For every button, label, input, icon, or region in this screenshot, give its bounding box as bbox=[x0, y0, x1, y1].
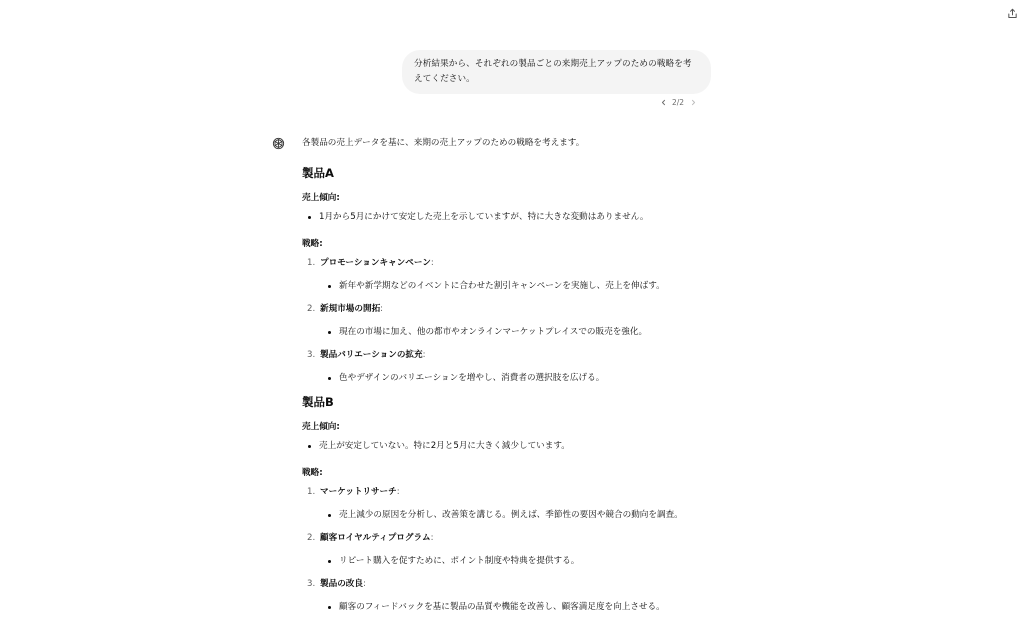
section-product-a: 製品A 売上傾向: 1月から5月にかけて安定した売上を示していますが、特に大きな… bbox=[302, 165, 732, 386]
section-title: 製品B bbox=[302, 394, 732, 410]
strategy-number: 2. bbox=[307, 302, 315, 317]
list-item: 新年や新学期などのイベントに合わせた割引キャンペーンを実施し、売上を伸ばす。 bbox=[320, 279, 732, 294]
share-button[interactable] bbox=[1004, 5, 1020, 21]
strategy-number: 3. bbox=[307, 348, 315, 363]
response-page-indicator: 2/2 bbox=[672, 98, 684, 107]
strategy-list: 1. プロモーションキャンペーン: 新年や新学期などのイベントに合わせた割引キャ… bbox=[302, 256, 732, 386]
strategy-label: 戦略: bbox=[302, 237, 732, 252]
strategy-item: 1. プロモーションキャンペーン: 新年や新学期などのイベントに合わせた割引キャ… bbox=[302, 256, 732, 294]
colon: : bbox=[431, 533, 434, 543]
strategy-title: 新規市場の開拓 bbox=[320, 304, 380, 314]
trend-label: 売上傾向: bbox=[302, 191, 732, 206]
list-item: 売上が安定していない。特に2月と5月に大きく減少しています。 bbox=[302, 439, 732, 454]
user-message-bubble: 分析結果から、それぞれの製品ごとの来期売上アップのための戦略を考えてください。 bbox=[402, 50, 711, 94]
strategy-title: マーケットリサーチ bbox=[320, 487, 397, 497]
colon: : bbox=[431, 258, 434, 268]
list-item: 顧客のフィードバックを基に製品の品質や機能を改善し、顧客満足度を向上させる。 bbox=[320, 600, 732, 615]
user-message: 分析結果から、それぞれの製品ごとの来期売上アップのための戦略を考えてください。 bbox=[402, 50, 711, 94]
strategy-list: 1. マーケットリサーチ: 売上減少の原因を分析し、改善策を講じる。例えば、季節… bbox=[302, 485, 732, 615]
list-item: 売上減少の原因を分析し、改善策を講じる。例えば、季節性の要因や競合の動向を調査。 bbox=[320, 508, 732, 523]
strategy-title: 製品バリエーションの拡充 bbox=[320, 350, 423, 360]
previous-response-button[interactable] bbox=[658, 97, 668, 107]
strategy-item: 2. 顧客ロイヤルティプログラム: リピート購入を促すために、ポイント制度や特典… bbox=[302, 531, 732, 569]
strategy-item: 3. 製品バリエーションの拡充: 色やデザインのバリエーションを増やし、消費者の… bbox=[302, 348, 732, 386]
list-item: 色やデザインのバリエーションを増やし、消費者の選択肢を広げる。 bbox=[320, 371, 732, 386]
strategy-item: 2. 新規市場の開拓: 現在の市場に加え、他の都市やオンラインマーケットプレイス… bbox=[302, 302, 732, 340]
assistant-intro: 各製品の売上データを基に、来期の売上アップのための戦略を考えます。 bbox=[302, 136, 732, 151]
strategy-item: 1. マーケットリサーチ: 売上減少の原因を分析し、改善策を講じる。例えば、季節… bbox=[302, 485, 732, 523]
strategy-number: 2. bbox=[307, 531, 315, 546]
colon: : bbox=[363, 579, 366, 589]
strategy-title: 顧客ロイヤルティプログラム bbox=[320, 533, 431, 543]
share-icon bbox=[1007, 8, 1018, 19]
list-item: リピート購入を促すために、ポイント制度や特典を提供する。 bbox=[320, 554, 732, 569]
section-title: 製品A bbox=[302, 165, 732, 181]
assistant-message-content: 各製品の売上データを基に、来期の売上アップのための戦略を考えます。 製品A 売上… bbox=[302, 136, 732, 623]
trend-label: 売上傾向: bbox=[302, 420, 732, 435]
strategy-title: 製品の改良 bbox=[320, 579, 363, 589]
strategy-number: 1. bbox=[307, 256, 315, 271]
strategy-number: 1. bbox=[307, 485, 315, 500]
list-item: 1月から5月にかけて安定した売上を示していますが、特に大きな変動はありません。 bbox=[302, 210, 732, 225]
strategy-label: 戦略: bbox=[302, 466, 732, 481]
list-item: 現在の市場に加え、他の都市やオンラインマーケットプレイスでの販売を強化。 bbox=[320, 325, 732, 340]
chevron-left-icon bbox=[660, 99, 667, 106]
colon: : bbox=[397, 487, 400, 497]
openai-logo-icon bbox=[272, 137, 285, 150]
response-pager: 2/2 bbox=[658, 97, 698, 107]
colon: : bbox=[380, 304, 383, 314]
section-product-b: 製品B 売上傾向: 売上が安定していない。特に2月と5月に大きく減少しています。… bbox=[302, 394, 732, 615]
strategy-number: 3. bbox=[307, 577, 315, 592]
colon: : bbox=[423, 350, 426, 360]
trend-list: 売上が安定していない。特に2月と5月に大きく減少しています。 bbox=[302, 439, 732, 454]
strategy-item: 3. 製品の改良: 顧客のフィードバックを基に製品の品質や機能を改善し、顧客満足… bbox=[302, 577, 732, 615]
chat-page: 分析結果から、それぞれの製品ごとの来期売上アップのための戦略を考えてください。 … bbox=[0, 0, 1024, 623]
next-response-button[interactable] bbox=[688, 97, 698, 107]
trend-list: 1月から5月にかけて安定した売上を示していますが、特に大きな変動はありません。 bbox=[302, 210, 732, 225]
strategy-title: プロモーションキャンペーン bbox=[320, 258, 431, 268]
chevron-right-icon bbox=[690, 99, 697, 106]
